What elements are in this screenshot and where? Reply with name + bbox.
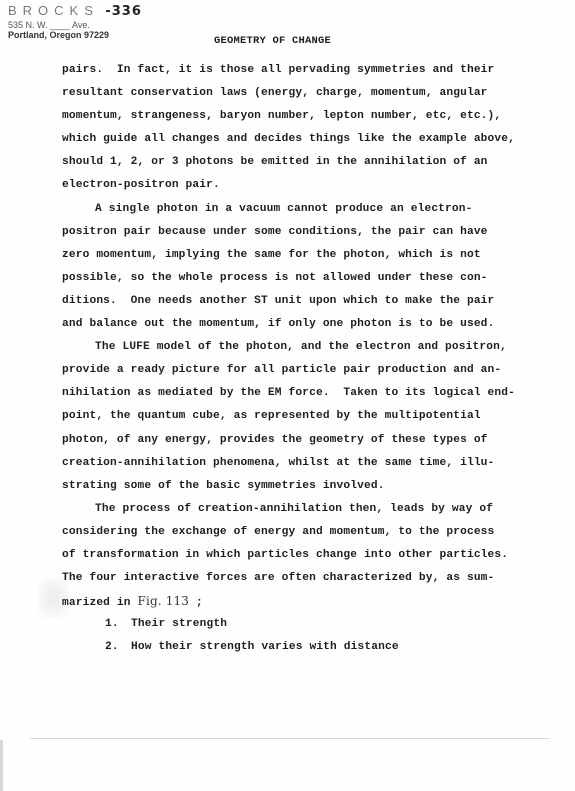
text-fragment: ;	[189, 597, 203, 609]
text-line: creation-annihilation phenomena, whilst …	[62, 452, 562, 475]
text-line: considering the exchange of energy and m…	[62, 521, 562, 544]
text-line: should 1, 2, or 3 photons be emitted in …	[62, 151, 562, 174]
stamp-name: BROCKS	[8, 3, 99, 18]
text-line: resultant conservation laws (energy, cha…	[62, 82, 562, 105]
text-line: electron-positron pair.	[62, 174, 562, 197]
text-line: photon, of any energy, provides the geom…	[62, 429, 562, 452]
text-line: The process of creation-annihilation the…	[62, 498, 562, 521]
body-text: pairs. In fact, it is those all pervadin…	[62, 59, 562, 659]
page-title: GEOMETRY OF CHANGE	[214, 35, 331, 47]
text-line: marized in Fig. 113 ;	[62, 590, 562, 613]
text-line: zero momentum, implying the same for the…	[62, 244, 562, 267]
text-line: pairs. In fact, it is those all pervadin…	[62, 59, 562, 82]
text-line: momentum, strangeness, baryon number, le…	[62, 105, 562, 128]
text-fragment: marized in	[62, 597, 138, 609]
handwritten-figure-reference: Fig. 113	[138, 594, 190, 608]
stamp-city: Portland, Oregon 97229	[8, 30, 142, 40]
text-line: possible, so the whole process is not al…	[62, 267, 562, 290]
text-line: The LUFE model of the photon, and the el…	[62, 336, 562, 359]
scan-edge-line	[30, 738, 550, 739]
stamp-address: 535 N. W. ____ Ave.	[8, 20, 142, 30]
list-item: 1.Their strength	[62, 613, 562, 636]
text-line: which guide all changes and decides thin…	[62, 128, 562, 151]
text-line: positron pair because under some conditi…	[62, 221, 562, 244]
text-line: of transformation in which particles cha…	[62, 544, 562, 567]
scan-smudge	[38, 578, 68, 618]
text-line: ditions. One needs another ST unit upon …	[62, 290, 562, 313]
text-line: A single photon in a vacuum cannot produ…	[62, 198, 562, 221]
page-number: -336	[105, 4, 142, 19]
list-item: 2.How their strength varies with distanc…	[62, 636, 562, 659]
text-line: The four interactive forces are often ch…	[62, 567, 562, 590]
text-line: nihilation as mediated by the EM force. …	[62, 382, 562, 405]
text-line: strating some of the basic symmetries in…	[62, 475, 562, 498]
text-line: provide a ready picture for all particle…	[62, 359, 562, 382]
list-number: 2.	[105, 636, 131, 659]
scan-edge-shadow	[0, 740, 3, 791]
list-number: 1.	[105, 613, 131, 636]
text-line: and balance out the momentum, if only on…	[62, 313, 562, 336]
text-line: point, the quantum cube, as represented …	[62, 405, 562, 428]
document-page: BROCKS -336 535 N. W. ____ Ave. Portland…	[0, 0, 575, 791]
list-text: How their strength varies with distance	[131, 641, 399, 653]
author-stamp: BROCKS -336 535 N. W. ____ Ave. Portland…	[8, 2, 142, 40]
list-text: Their strength	[131, 618, 227, 630]
